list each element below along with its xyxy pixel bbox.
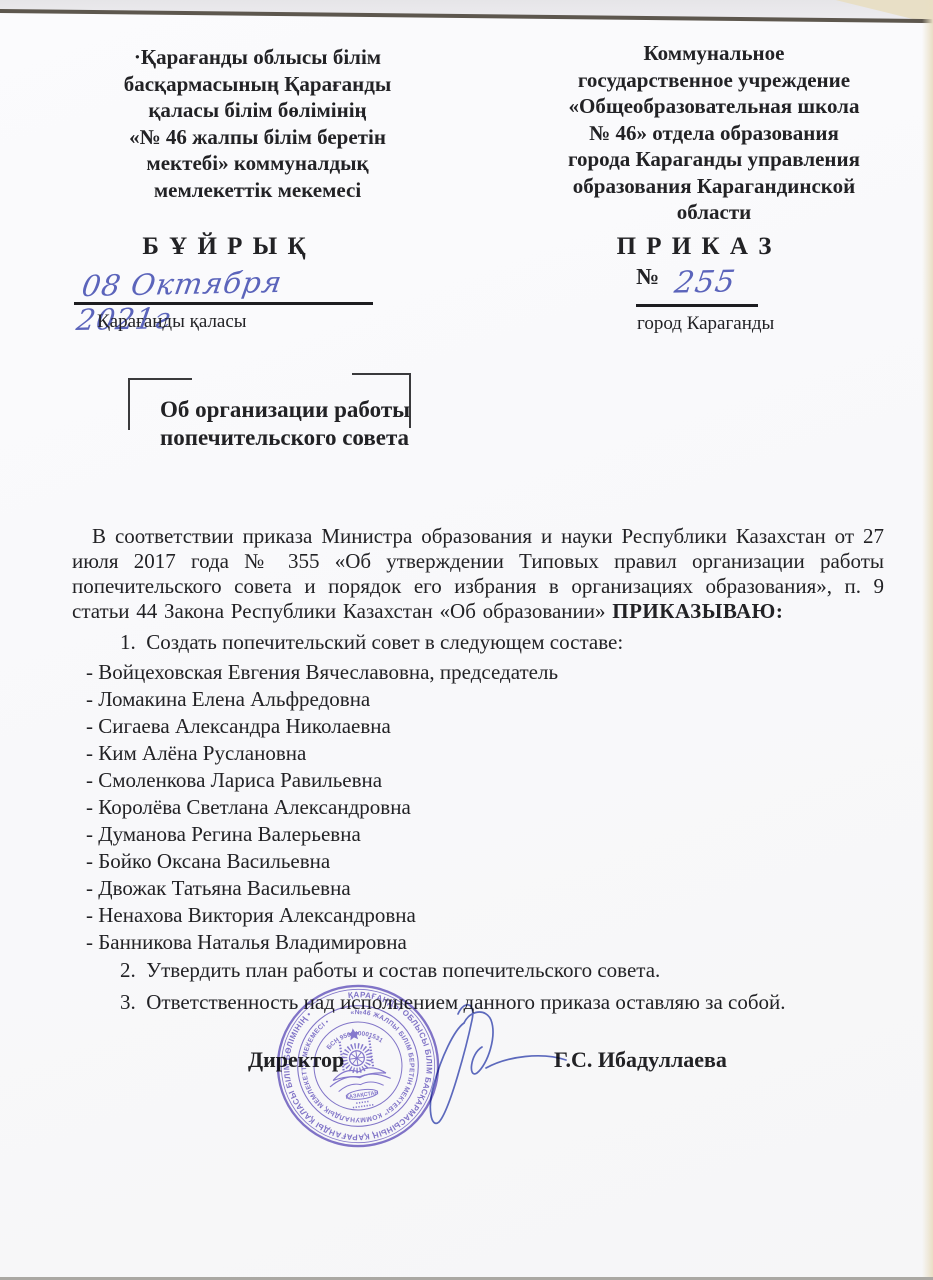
member-row: - Смоленкова Лариса Равильевна [86,767,884,794]
intro-bold: ПРИКАЗЫВАЮ: [612,599,783,623]
members-list: - Войцеховская Евгения Вячеславовна, пре… [86,659,884,956]
order-word-kazakh: Б Ұ Й Р Ы Қ [40,233,410,261]
intro-paragraph: В соответствии приказа Министра образова… [72,524,884,624]
date-underline: 08 Октября 2021г [74,262,373,305]
member-row: - Банникова Наталья Владимировна [86,929,884,956]
member-row: - Ким Алёна Руслановна [86,740,884,767]
number-sign: № [636,264,659,289]
member-row: - Двожак Татьяна Васильевна [86,875,884,902]
member-row: - Ненахова Виктория Александровна [86,902,884,929]
svg-text:БСН 950640001531: БСН 950640001531 [324,1027,385,1053]
member-row: - Сигаева Александра Николаевна [86,713,884,740]
org-name-russian: Коммунальное государственное учреждение … [518,40,910,226]
order-point-1: 1. Создать попечительский совет в следую… [72,630,884,655]
order-number-underline: № 255 [636,264,758,307]
member-row: - Бойко Оксана Васильевна [86,848,884,875]
document-body: В соответствии приказа Министра образова… [72,524,884,1015]
member-row: - Ломакина Елена Альфредовна [86,686,884,713]
signature-scribble [406,992,596,1142]
place-kazakh: Қарағанды қаласы [97,311,247,333]
member-row: - Королёва Светлана Александровна [86,794,884,821]
scanned-order-document: ·Қарағанды облысы білім басқармасының Қа… [0,0,933,1280]
scan-edge-right [922,0,933,1280]
member-row: - Думанова Регина Валерьевна [86,821,884,848]
place-russian: город Караганды [637,313,774,335]
handwritten-number: 255 [672,264,738,300]
member-row: - Войцеховская Евгения Вячеславовна, пре… [86,659,884,686]
org-name-kazakh: ·Қарағанды облысы білім басқармасының Қа… [70,44,445,203]
order-word-russian: П Р И К А З [520,233,870,261]
stamp-bsn-text: БСН 950640001531 [324,1027,385,1053]
order-point-2: 2. Утвердить план работы и состав попечи… [72,958,884,983]
subject-title: Об организации работы попечительского со… [160,396,410,452]
